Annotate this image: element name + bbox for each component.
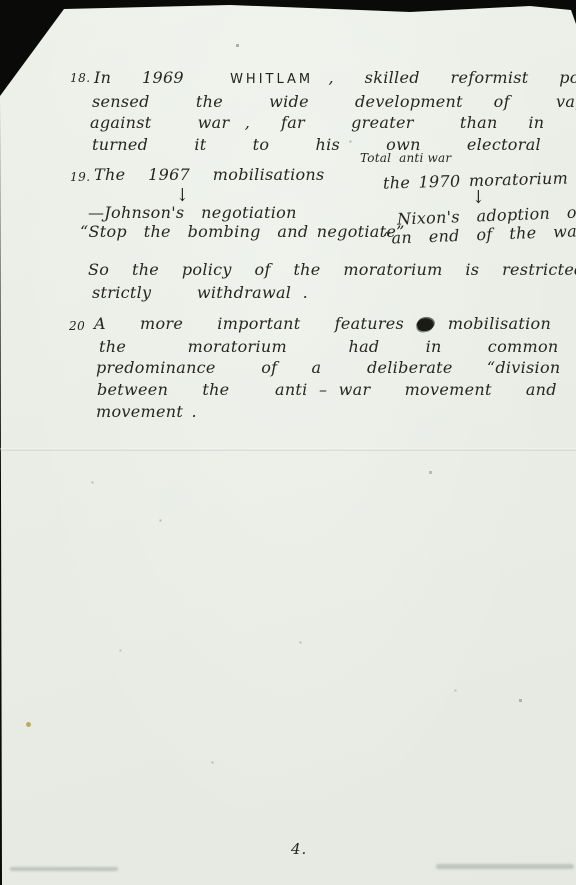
- note20-number: 20: [69, 319, 85, 333]
- note18-line1-pre: In 1969: [94, 68, 230, 87]
- page-number: 4.: [291, 840, 307, 858]
- note18-line4: turned it to his own electoral advantage…: [92, 135, 576, 154]
- note19-summary-line1: So the policy of the moratorium is restr…: [88, 260, 576, 279]
- note18-annotation: Total anti war: [360, 151, 451, 165]
- paper-sheet: [0, 0, 576, 885]
- note20-line1: A more important features mobilisation a…: [94, 314, 576, 333]
- scribbled-out-word: [417, 317, 436, 332]
- paper-specks: [0, 0, 1, 1]
- note18-line3: against war , far greater than in 1966 a…: [90, 113, 576, 132]
- note20-line1-post: mobilisation and: [436, 314, 576, 333]
- whitlam-caps: WHITLAM: [230, 72, 313, 87]
- note20-line4: between the anti – war movement and the …: [97, 380, 576, 399]
- bottom-smudge-left: [10, 867, 118, 871]
- note19-left-heading: The 1967 mobilisations: [94, 165, 325, 184]
- note19-summary-line2: strictly withdrawal .: [92, 283, 308, 302]
- bottom-smudge-right: [436, 864, 574, 869]
- note18-line1: In 1969 WHITLAM , skilled reformist poli…: [94, 68, 576, 88]
- note20-line2: the moratorium had in common is the: [99, 337, 576, 356]
- note19-number: 19.: [70, 170, 91, 184]
- scanned-page: 18. In 1969 WHITLAM , skilled reformist …: [0, 0, 576, 885]
- note20-line5: movement .: [96, 402, 197, 421]
- paper-stain: [26, 722, 31, 727]
- note18-line2: sensed the wide development of vague sen…: [92, 92, 576, 111]
- down-arrow-right: ↓: [472, 186, 485, 208]
- note18-number: 18.: [70, 71, 91, 85]
- note20-line3: predominance of a deliberate “division o…: [96, 358, 576, 377]
- note20-line1-pre: A more important features: [94, 314, 415, 333]
- fold-crease: [0, 448, 576, 451]
- note19-left-line2: “Stop the bombing and negotiate”: [80, 222, 405, 241]
- note18-line1-post: , skilled reformist politician ,: [313, 68, 576, 87]
- note19-left-line1: —Johnson's negotiation: [88, 203, 297, 222]
